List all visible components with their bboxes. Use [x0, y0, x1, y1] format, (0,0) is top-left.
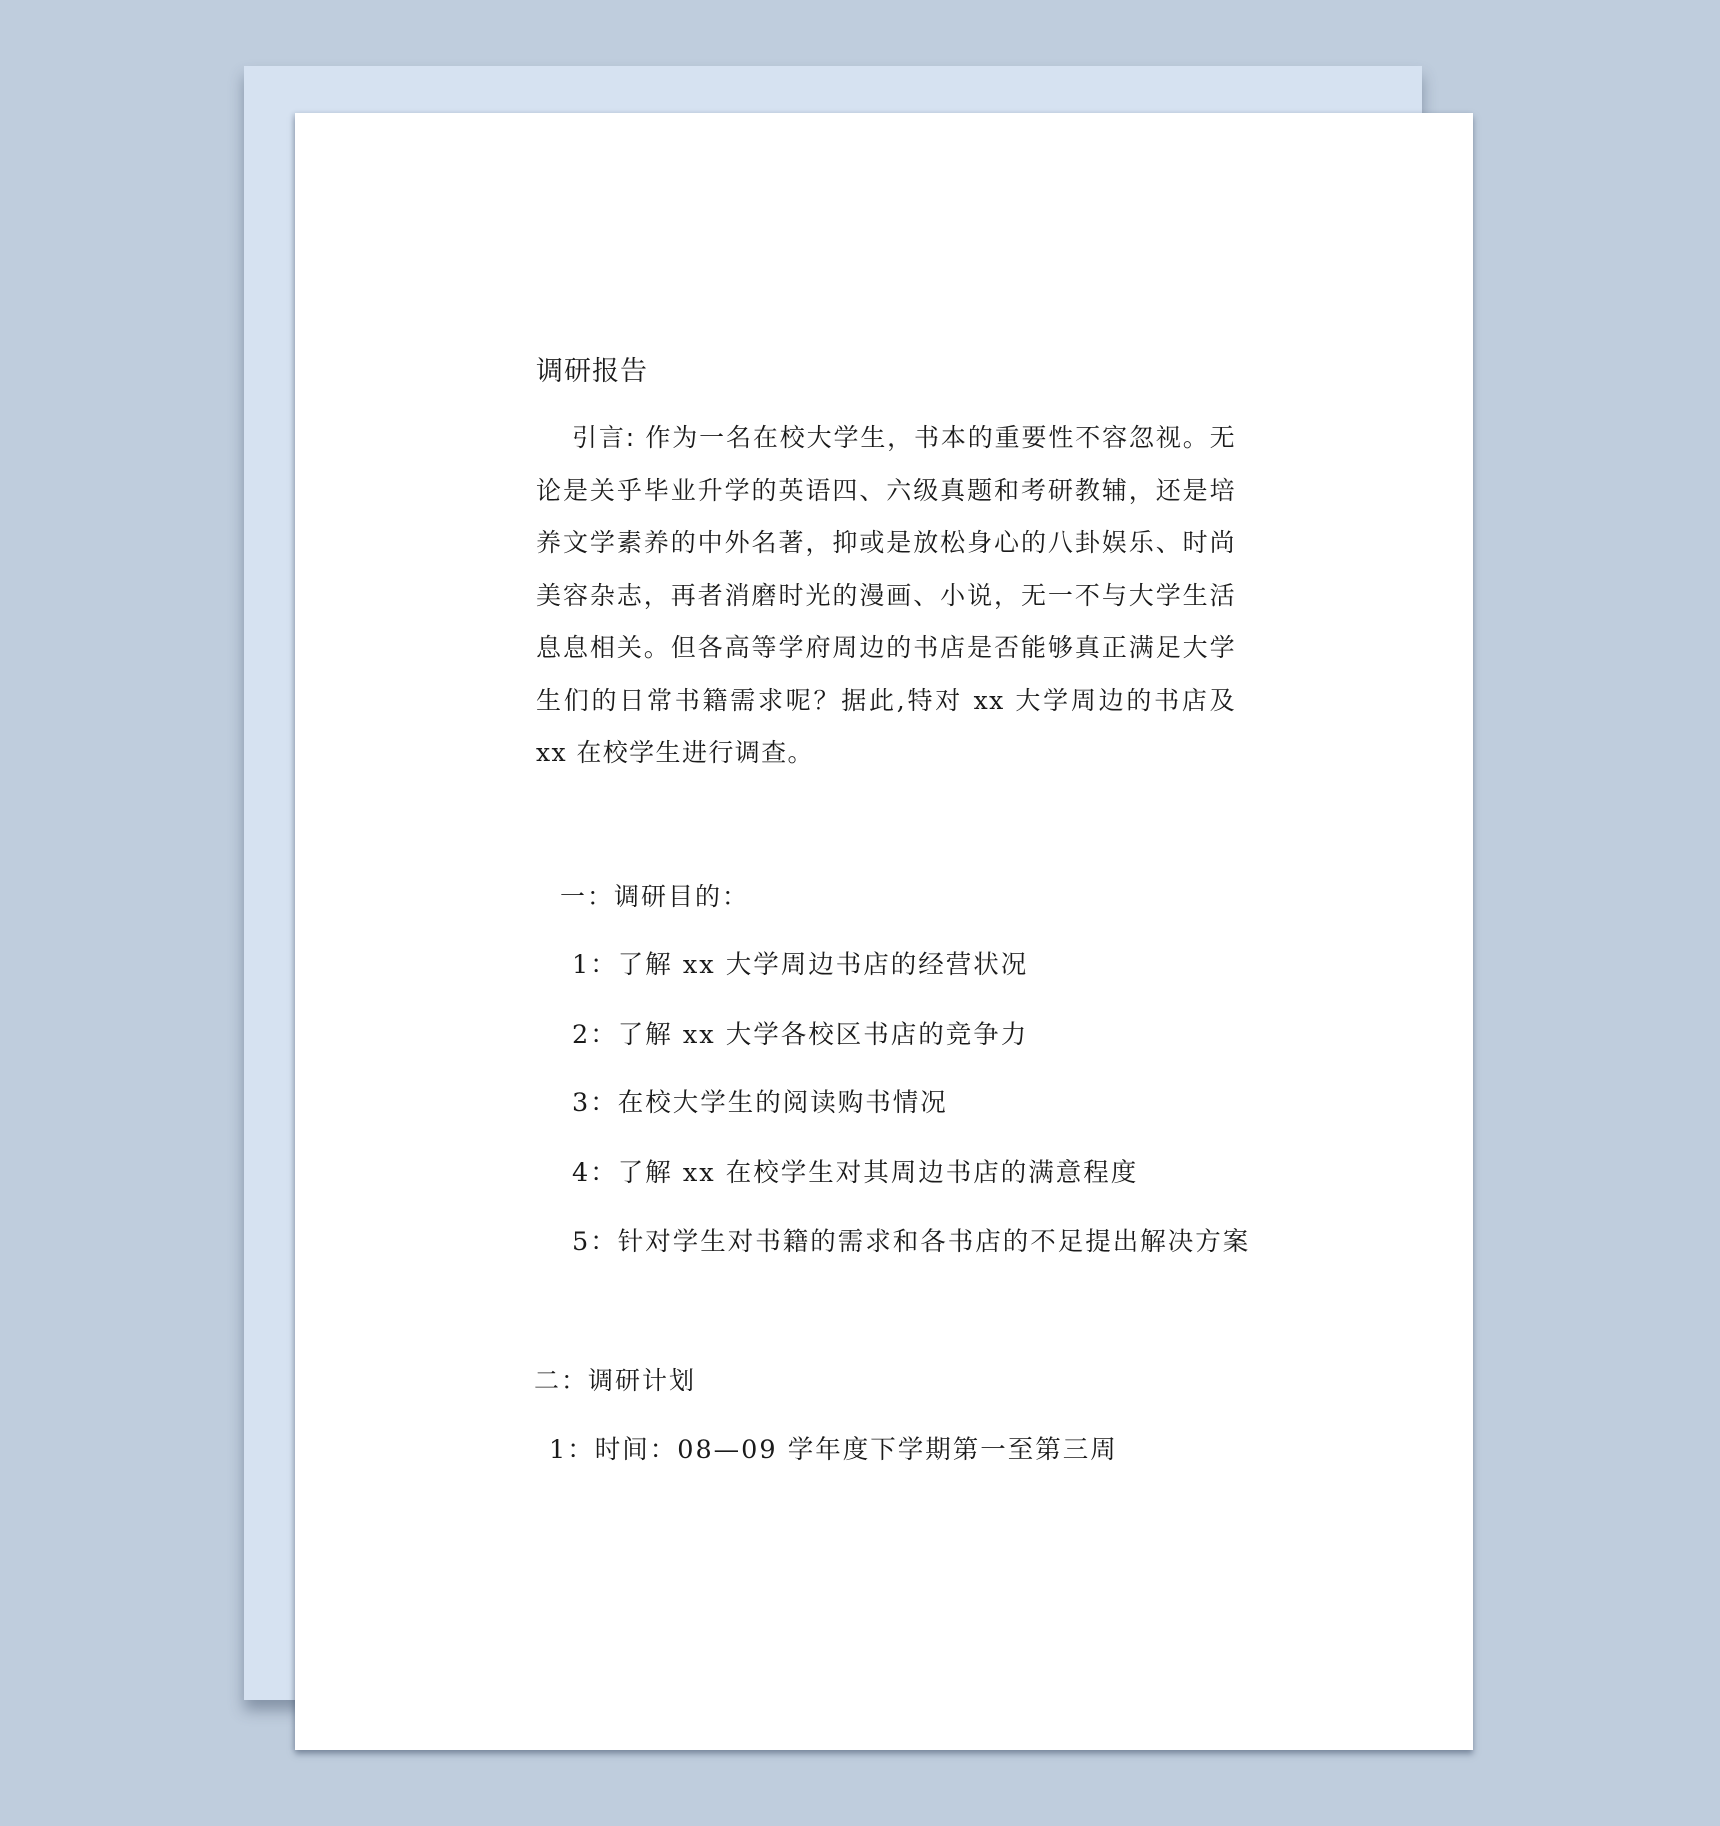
plan-item: 1：时间：08—09 学年度下学期第一至第三周 — [549, 1430, 1118, 1470]
document-title: 调研报告 — [536, 352, 648, 392]
document-content: 调研报告 引言: 作为一名在校大学生，书本的重要性不容忽视。无论是关乎毕业升学的… — [295, 113, 1473, 1750]
objective-item: 2：了解 xx 大学各校区书店的竞争力 — [572, 1015, 1028, 1055]
intro-lead: 引言: — [572, 423, 636, 452]
intro-body: 作为一名在校大学生，书本的重要性不容忽视。无论是关乎毕业升学的英语四、六级真题和… — [536, 423, 1236, 767]
objective-item: 4：了解 xx 在校学生对其周边书店的满意程度 — [572, 1153, 1138, 1193]
section-heading-plan: 二：调研计划 — [534, 1361, 696, 1401]
objective-item: 5：针对学生对书籍的需求和各书店的不足提出解决方案 — [572, 1222, 1250, 1262]
intro-paragraph: 引言: 作为一名在校大学生，书本的重要性不容忽视。无论是关乎毕业升学的英语四、六… — [536, 412, 1236, 780]
document-page: 调研报告 引言: 作为一名在校大学生，书本的重要性不容忽视。无论是关乎毕业升学的… — [295, 113, 1473, 1750]
section-heading-objectives: 一：调研目的： — [560, 877, 749, 917]
objective-item: 1：了解 xx 大学周边书店的经营状况 — [572, 945, 1028, 985]
objective-item: 3：在校大学生的阅读购书情况 — [572, 1083, 948, 1123]
